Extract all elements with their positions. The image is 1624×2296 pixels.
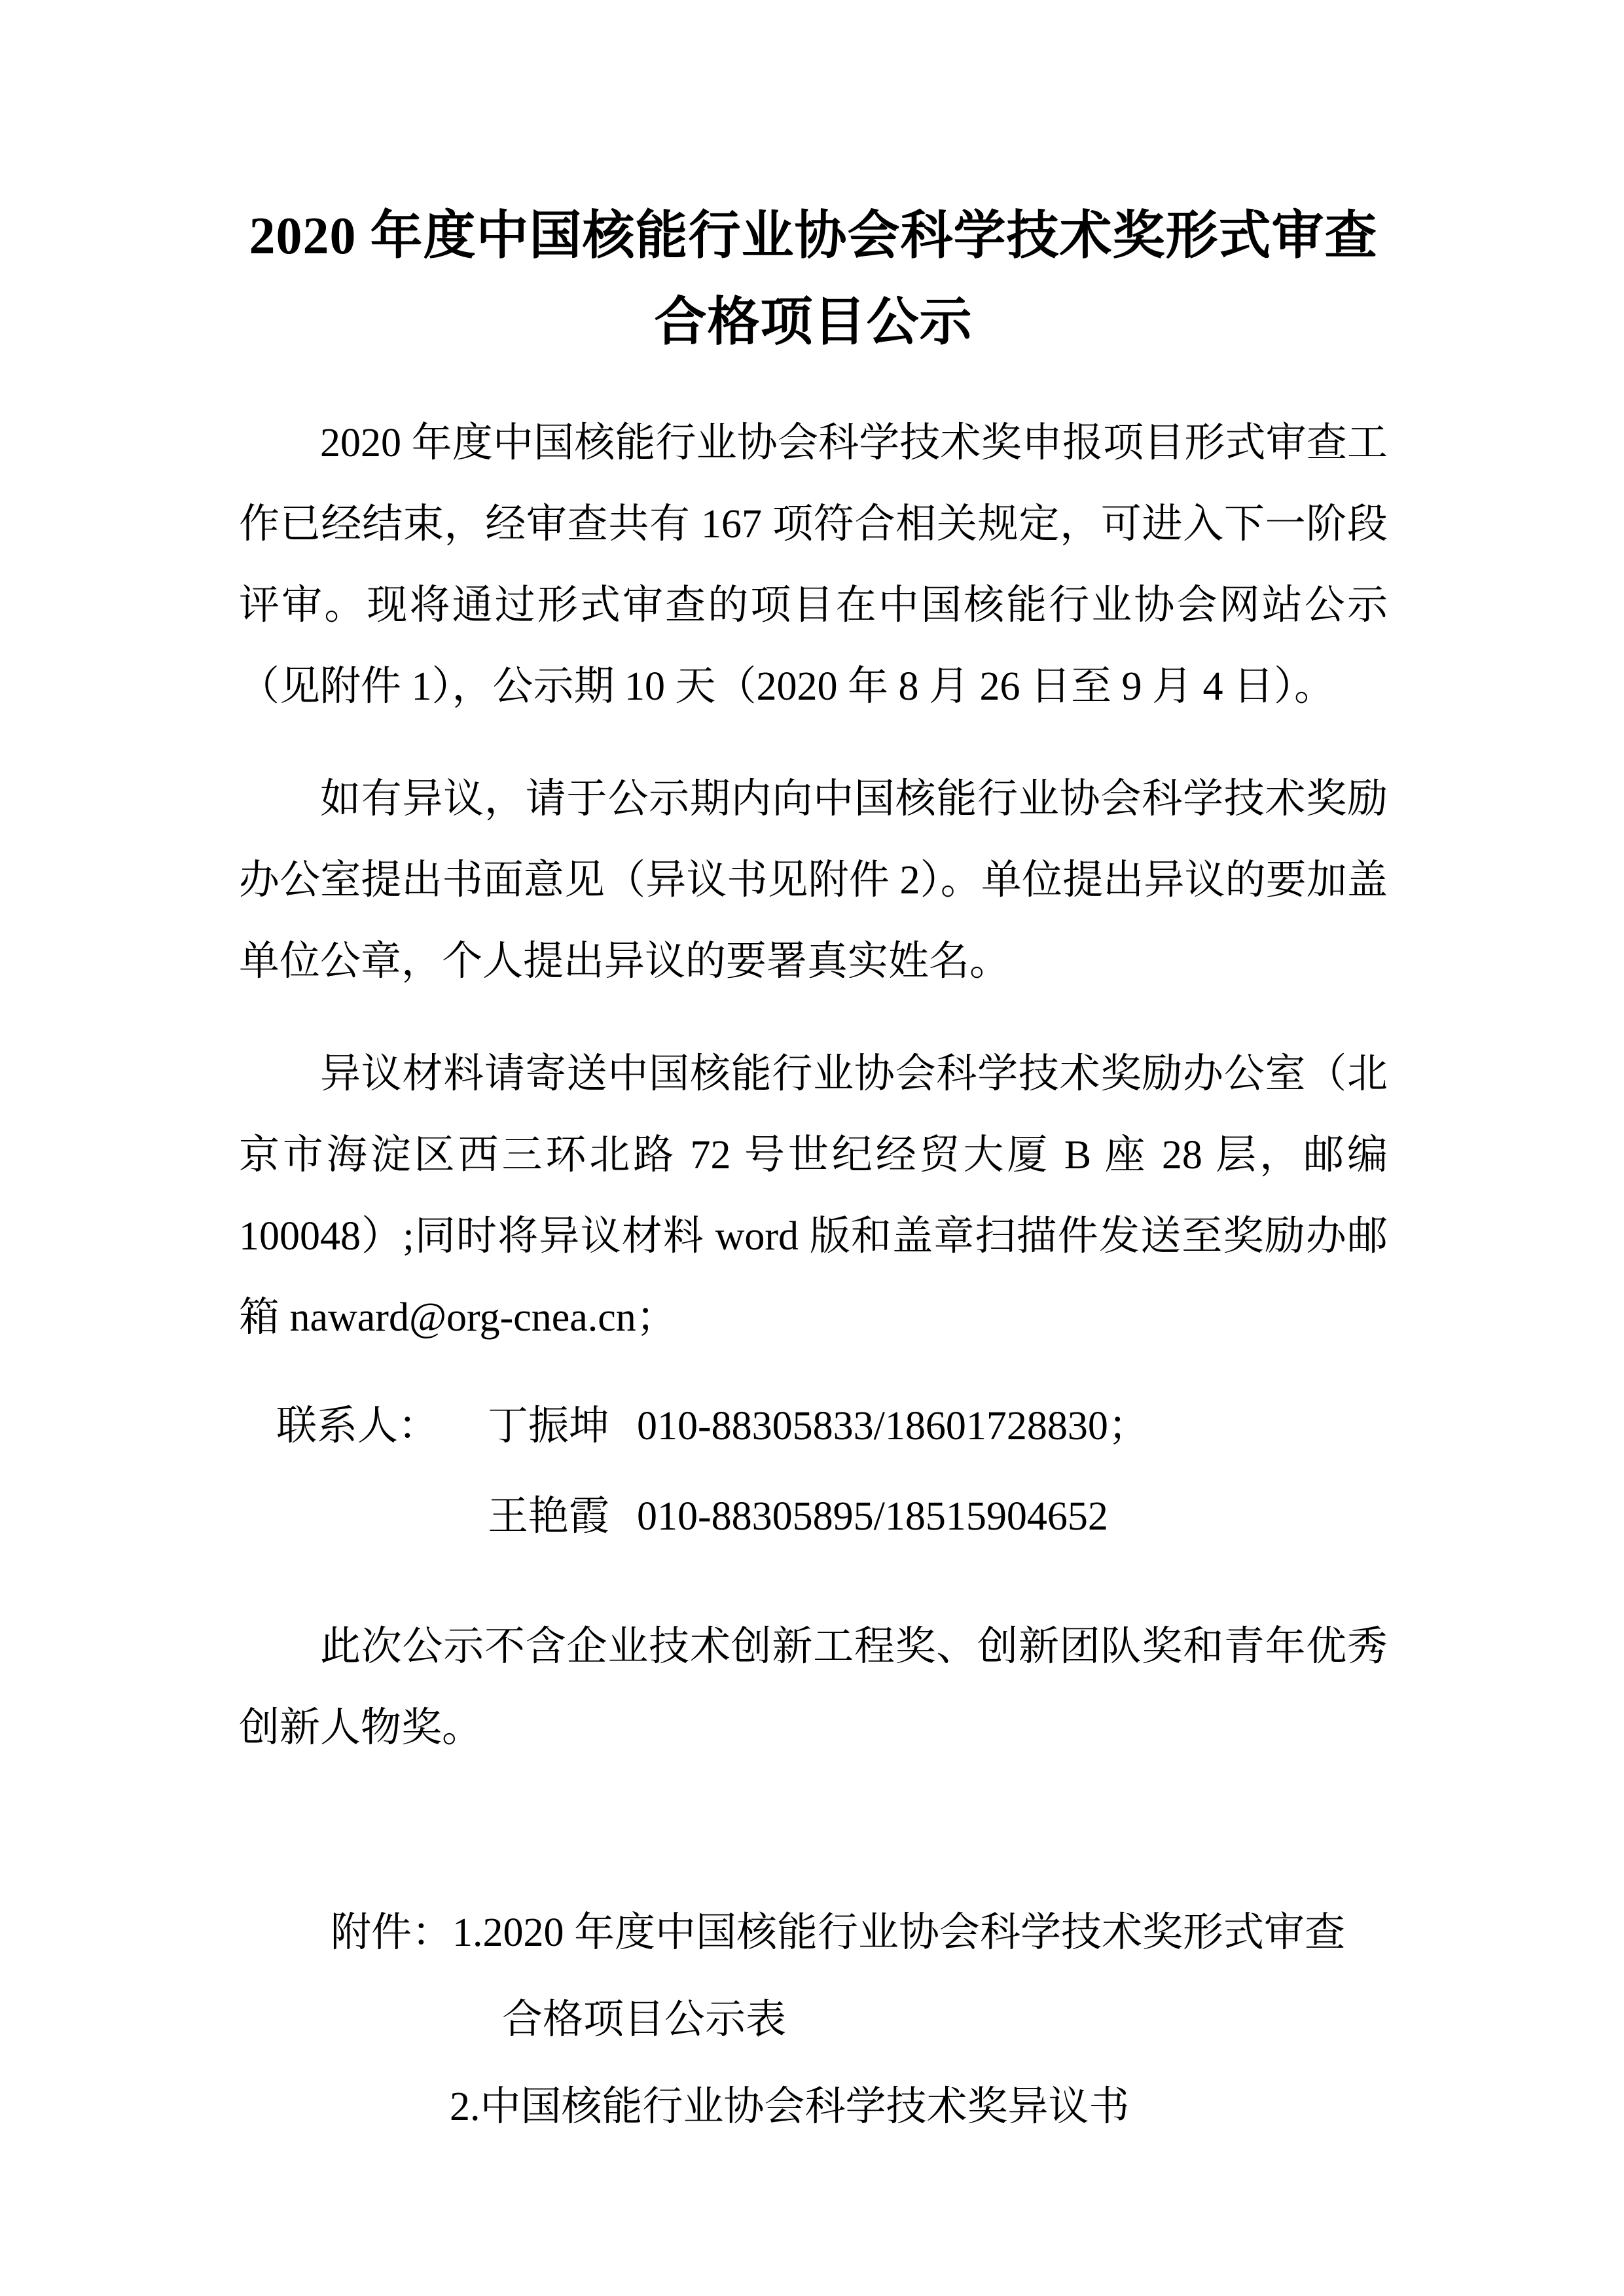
contact-name-2: 王艳霞 bbox=[488, 1476, 637, 1557]
title-line-1: 2020 年度中国核能行业协会科学技术奖形式审查 bbox=[239, 193, 1388, 279]
attachments-block: 附件：1.2020 年度中国核能行业协会科学技术奖形式审查 合格项目公示表 2.… bbox=[239, 1890, 1388, 2151]
attachment-item-1-line-2: 合格项目公示表 bbox=[239, 1977, 1388, 2064]
title-line-2: 合格项目公示 bbox=[239, 279, 1388, 366]
attachments-label: 附件： bbox=[331, 1910, 452, 1955]
attachment-item-2: 2.中国核能行业协会科学技术奖异议书 bbox=[239, 2064, 1388, 2151]
contact-name-1: 丁振坤 bbox=[488, 1386, 637, 1467]
attachment-item-1-line-1: 附件：1.2020 年度中国核能行业协会科学技术奖形式审查 bbox=[239, 1890, 1388, 1977]
attachment-item-1-text: 1.2020 年度中国核能行业协会科学技术奖形式审查 bbox=[452, 1910, 1345, 1955]
paragraph-scope-note: 此次公示不含企业技术创新工程奖、创新团队奖和青年优秀创新人物奖。 bbox=[239, 1606, 1388, 1768]
contact-row: 联系人： 丁振坤 010-88305833/18601728830； bbox=[239, 1386, 1388, 1467]
contact-phone-2: 010-88305895/18515904652 bbox=[637, 1476, 1388, 1557]
document-content: 2020 年度中国核能行业协会科学技术奖形式审查 合格项目公示 2020 年度中… bbox=[239, 193, 1388, 2151]
contact-block: 联系人： 丁振坤 010-88305833/18601728830； 王艳霞 0… bbox=[239, 1386, 1388, 1557]
paragraph-objection-procedure: 如有异议，请于公示期内向中国核能行业协会科学技术奖励办公室提出书面意见（异议书见… bbox=[239, 759, 1388, 1002]
document-page: 2020 年度中国核能行业协会科学技术奖形式审查 合格项目公示 2020 年度中… bbox=[0, 0, 1624, 2296]
paragraph-mailing-address: 异议材料请寄送中国核能行业协会科学技术奖励办公室（北京市海淀区西三环北路 72 … bbox=[239, 1033, 1388, 1358]
contact-phone-1: 010-88305833/18601728830； bbox=[637, 1386, 1388, 1467]
contact-row: 王艳霞 010-88305895/18515904652 bbox=[239, 1476, 1388, 1557]
paragraph-review-result: 2020 年度中国核能行业协会科学技术奖申报项目形式审查工作已经结束，经审查共有… bbox=[239, 403, 1388, 727]
document-title: 2020 年度中国核能行业协会科学技术奖形式审查 合格项目公示 bbox=[239, 193, 1388, 366]
contact-label: 联系人： bbox=[239, 1386, 488, 1467]
